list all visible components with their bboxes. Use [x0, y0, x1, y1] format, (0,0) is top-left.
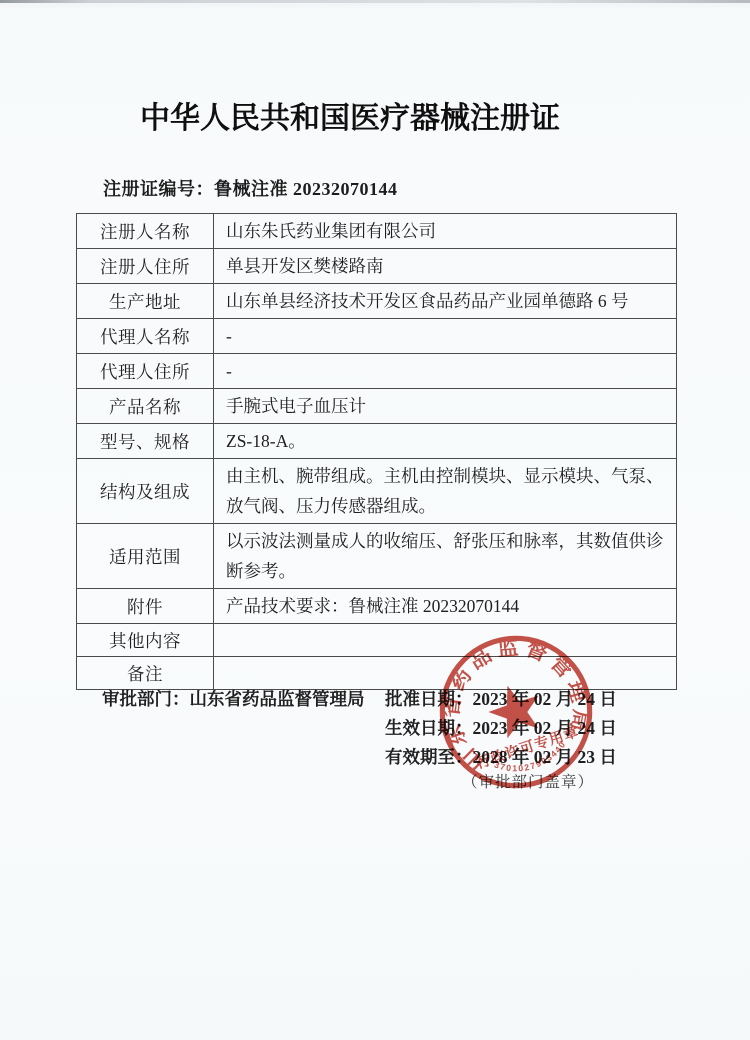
table-row: 生产地址 山东单县经济技术开发区食品药品产业园单德路 6 号 — [77, 284, 677, 319]
row-label: 生产地址 — [77, 284, 214, 319]
table-row: 注册人住所 单县开发区樊楼路南 — [77, 249, 677, 284]
row-label: 结构及组成 — [77, 459, 214, 524]
certificate-title: 中华人民共和国医疗器械注册证 — [0, 93, 700, 137]
approval-department: 审批部门：山东省药品监督管理局 — [102, 686, 365, 711]
approval-date: 批准日期：2023 年 02 月 24 日 — [385, 686, 617, 711]
table-row: 代理人住所 - — [77, 354, 677, 389]
row-label: 其他内容 — [77, 624, 214, 657]
scan-edge — [0, 0, 750, 3]
certificate-table: 注册人名称 山东朱氏药业集团有限公司 注册人住所 单县开发区樊楼路南 生产地址 … — [76, 213, 677, 690]
row-label: 产品名称 — [77, 389, 214, 424]
expiry-date: 有效期至：2028 年 02 月 23 日 — [385, 744, 617, 769]
row-label: 附件 — [77, 589, 214, 624]
row-value — [214, 657, 677, 690]
table-row: 代理人名称 - — [77, 319, 677, 354]
table-row: 附件 产品技术要求：鲁械注准 20232070144 — [77, 589, 677, 624]
row-value: 由主机、腕带组成。主机由控制模块、显示模块、气泵、放气阀、压力传感器组成。 — [214, 459, 677, 524]
table-row: 产品名称 手腕式电子血压计 — [77, 389, 677, 424]
registration-number: 注册证编号：鲁械注准 20232070144 — [103, 175, 398, 201]
row-value: 单县开发区樊楼路南 — [214, 249, 677, 284]
row-value: 以示波法测量成人的收缩压、舒张压和脉率，其数值供诊断参考。 — [214, 524, 677, 589]
row-value — [214, 624, 677, 657]
row-label: 代理人名称 — [77, 319, 214, 354]
effective-date: 生效日期：2023 年 02 月 24 日 — [385, 715, 617, 740]
row-label: 备注 — [77, 657, 214, 690]
row-value: ZS-18-A。 — [214, 424, 677, 459]
row-value: 手腕式电子血压计 — [214, 389, 677, 424]
row-label: 注册人住所 — [77, 249, 214, 284]
row-label: 代理人住所 — [77, 354, 214, 389]
table-row: 备注 — [77, 657, 677, 690]
row-value: - — [214, 354, 677, 389]
row-value: 产品技术要求：鲁械注准 20232070144 — [214, 589, 677, 624]
seal-note: （审批部门盖章） — [462, 770, 594, 792]
row-value: - — [214, 319, 677, 354]
row-label: 型号、规格 — [77, 424, 214, 459]
table-row: 适用范围 以示波法测量成人的收缩压、舒张压和脉率，其数值供诊断参考。 — [77, 524, 677, 589]
row-value: 山东单县经济技术开发区食品药品产业园单德路 6 号 — [214, 284, 677, 319]
row-label: 注册人名称 — [77, 214, 214, 249]
table-row: 结构及组成 由主机、腕带组成。主机由控制模块、显示模块、气泵、放气阀、压力传感器… — [77, 459, 677, 524]
row-label: 适用范围 — [77, 524, 214, 589]
row-value: 山东朱氏药业集团有限公司 — [214, 214, 677, 249]
table-row: 型号、规格 ZS-18-A。 — [77, 424, 677, 459]
table-row: 其他内容 — [77, 624, 677, 657]
certificate-page: 中华人民共和国医疗器械注册证 注册证编号：鲁械注准 20232070144 注册… — [0, 0, 750, 1040]
table-row: 注册人名称 山东朱氏药业集团有限公司 — [77, 214, 677, 249]
